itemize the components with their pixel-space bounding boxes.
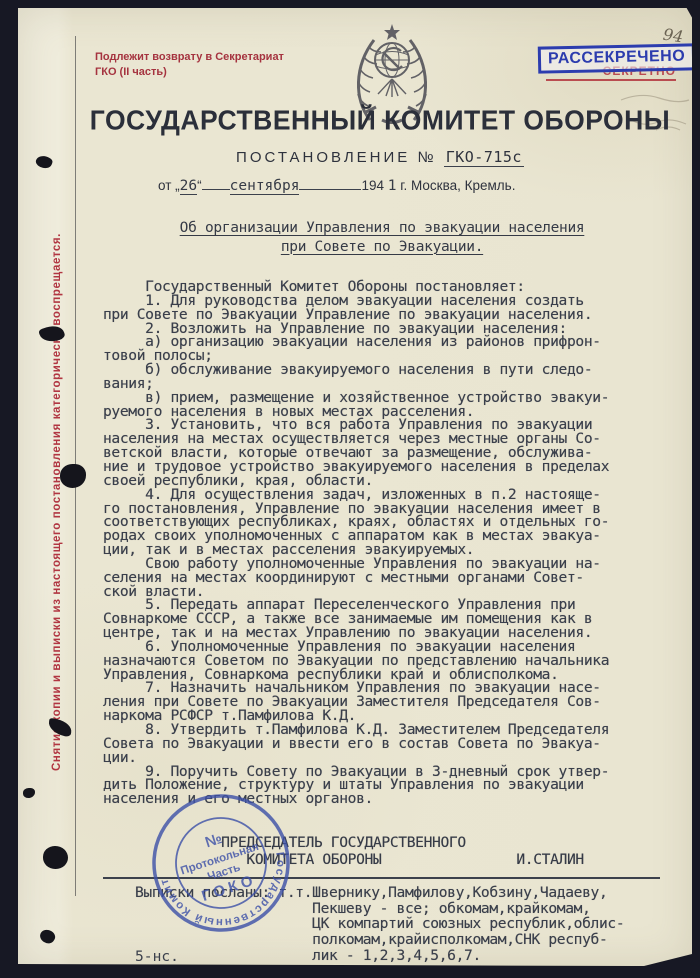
document-page: Снятие копии и выписки из настоящего пос… — [18, 8, 692, 966]
copies-note: 5-нс. — [135, 948, 179, 965]
date-line: от „26“сентября194 1 г. Москва, Кремль. — [158, 176, 678, 195]
ink-blot — [34, 153, 53, 170]
date-month: сентября — [230, 178, 300, 195]
decree-type-label: ПОСТАНОВЛЕНИЕ № — [236, 149, 437, 166]
subject-line1: Об организации Управления по эвакуации н… — [180, 220, 585, 236]
ink-blot — [23, 788, 35, 798]
ink-blot — [43, 846, 68, 869]
ink-blot — [38, 927, 57, 946]
subject-line2: при Совете по Эвакуации. — [281, 239, 483, 255]
return-notice: Подлежит возврату в Секретариат ГКО (II … — [95, 50, 295, 80]
declassified-stamp: РАССЕКРЕЧЕНО — [538, 43, 696, 73]
return-notice-line1: Подлежит возврату в Секретариат — [95, 50, 295, 65]
return-notice-line2: ГКО (II часть) — [95, 65, 295, 80]
decree-heading: ПОСТАНОВЛЕНИЕ № ГКО-715с — [65, 148, 695, 166]
date-prefix: от „ — [158, 178, 180, 193]
copy-restriction-note: Снятие копии и выписки из настоящего пос… — [51, 230, 63, 775]
decree-number: ГКО-715с — [444, 148, 524, 167]
blank-rule — [299, 176, 361, 190]
date-day: 26 — [180, 178, 197, 195]
date-year-printed: 194 — [361, 178, 384, 193]
date-suffix: г. Москва, Кремль. — [397, 178, 516, 193]
date-year-typed: 1 — [388, 178, 397, 194]
decree-body-text: Государственный Комитет Обороны постанов… — [103, 280, 678, 806]
ink-blot — [60, 464, 86, 488]
org-title: ГОСУДАРСТВЕННЫЙ КОМИТЕТ ОБОРОНЫ — [65, 104, 695, 136]
blank-rule — [202, 176, 230, 190]
protocol-round-stamp: Государственный Комитет Обороны № Проток… — [146, 788, 296, 943]
scanned-decree-photo: { "colors": { "paper": "#e9e5d1", "ink":… — [0, 0, 700, 978]
subject-heading: Об организации Управления по эвакуации н… — [65, 219, 699, 256]
stamp-number: № — [203, 830, 224, 851]
